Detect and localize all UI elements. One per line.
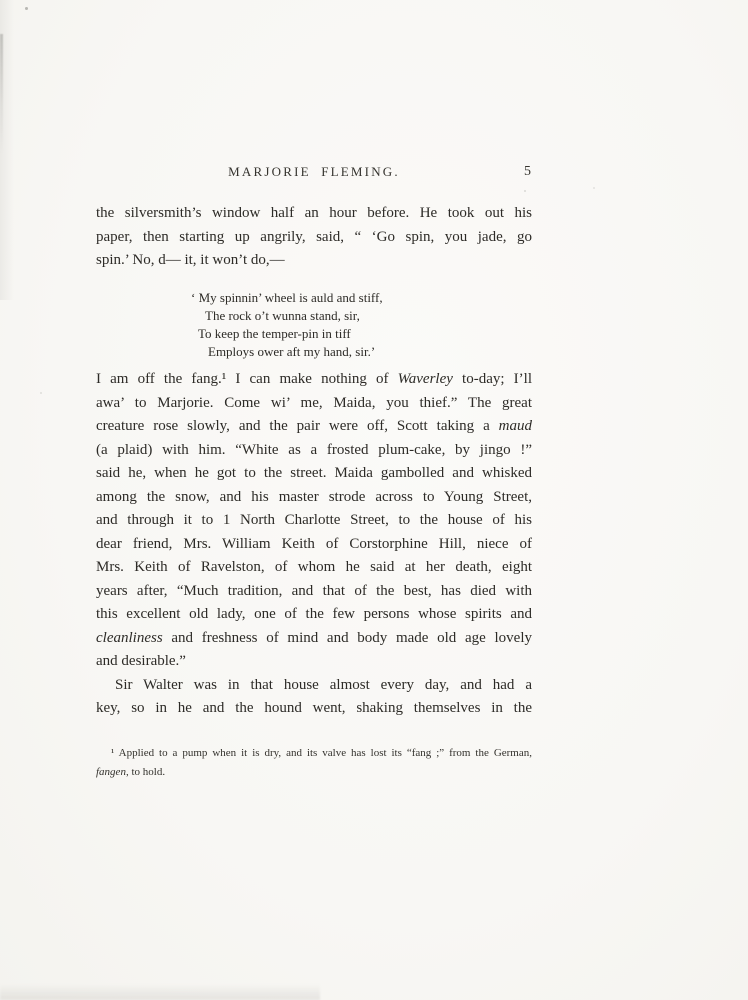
running-title: MARJORIE FLEMING. <box>96 164 532 180</box>
footnote: ¹ Applied to a pump when it is dry, and … <box>96 744 532 783</box>
text-line: the silversmith’s window half an hour be… <box>96 202 532 226</box>
text-line: and through it to 1 North Charlotte Stre… <box>96 509 532 533</box>
text-line: and desirable.” <box>96 650 532 674</box>
text-line: awa’ to Marjorie. Come wi’ me, Maida, yo… <box>96 392 532 416</box>
text-line: To keep the temper-pin in tiff <box>198 325 532 343</box>
text-line: fangen, to hold. <box>96 763 532 783</box>
paragraph-sir-walter: Sir Walter was in that house almost ever… <box>96 674 532 721</box>
text-line: Employs ower aft my hand, sir.’ <box>208 343 532 361</box>
page-number: 5 <box>524 164 531 180</box>
text-block: MARJORIE FLEMING. 5 the silversmith’s wi… <box>96 164 532 783</box>
scan-speck <box>593 187 595 189</box>
text-line: (a plaid) with him. “White as a frosted … <box>96 439 532 463</box>
poem-quote: ‘ My spinnin’ wheel is auld and stiff,Th… <box>191 289 532 361</box>
text-line: years after, “Much tradition, and that o… <box>96 580 532 604</box>
text-line: I am off the fang.¹ I can make nothing o… <box>96 368 532 392</box>
text-line: this excellent old lady, one of the few … <box>96 603 532 627</box>
scan-speck <box>25 7 28 10</box>
text-line: Mrs. Keith of Ravelston, of whom he said… <box>96 556 532 580</box>
text-line: spin.’ No, d— it, it won’t do,— <box>96 249 532 273</box>
scan-corner-shade <box>0 0 14 300</box>
text-line: among the snow, and his master strode ac… <box>96 486 532 510</box>
text-line: paper, then starting up angrily, said, “… <box>96 226 532 250</box>
text-line: ¹ Applied to a pump when it is dry, and … <box>111 744 532 764</box>
text-line: The rock o’t wunna stand, sir, <box>205 307 532 325</box>
text-line: said he, when he got to the street. Maid… <box>96 462 532 486</box>
paragraph-opening: the silversmith’s window half an hour be… <box>96 202 532 273</box>
text-line: dear friend, Mrs. William Keith of Corst… <box>96 533 532 557</box>
text-line: key, so in he and the hound went, shakin… <box>96 697 532 721</box>
page-header: MARJORIE FLEMING. 5 <box>96 164 532 179</box>
text-line: cleanliness and freshness of mind and bo… <box>96 627 532 651</box>
text-line: ‘ My spinnin’ wheel is auld and stiff, <box>191 289 532 307</box>
text-line: Sir Walter was in that house almost ever… <box>115 674 532 698</box>
paragraph-main: I am off the fang.¹ I can make nothing o… <box>96 368 532 674</box>
text-line: creature rose slowly, and the pair were … <box>96 415 532 439</box>
scan-speck <box>40 392 42 394</box>
book-page-scan: MARJORIE FLEMING. 5 the silversmith’s wi… <box>0 0 748 1000</box>
scan-bottom-shade <box>0 984 320 1000</box>
